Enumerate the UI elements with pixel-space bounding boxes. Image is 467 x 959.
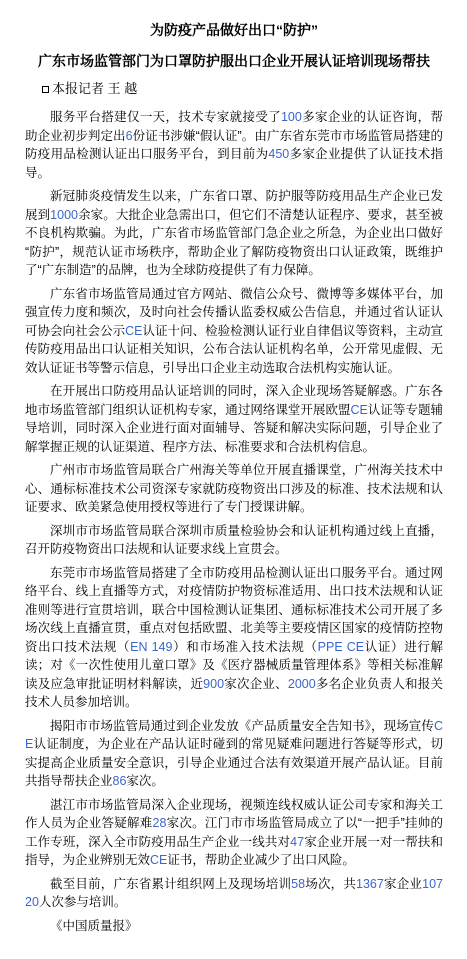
article-paragraph: 揭阳市市场监管局通过到企业发放《产品质量安全告知书》，现场宣传CE认证制度，为企…: [25, 717, 443, 791]
highlighted-term: CE: [125, 324, 142, 338]
highlighted-term: 450: [268, 147, 289, 161]
highlighted-term: CE: [350, 403, 367, 417]
article-paragraph: 在开展出口防疫用品认证培训的同时，深入企业现场答疑解惑。广东各地市场监管部门组织…: [25, 382, 443, 456]
paragraph-text: 服务平台搭建仅一天，技术专家就接受了: [50, 110, 281, 124]
byline: 本报记者 王 越: [42, 81, 443, 97]
paragraph-text: 截至目前，广东省累计组织网上及现场培训: [50, 877, 291, 891]
article-paragraph: 东莞市市场监管局搭建了全市防疫用品检测认证出口服务平台。通过网络平台、线上直播等…: [25, 564, 443, 712]
article-paragraph: 湛江市市场监管局深入企业现场，视频连线权威认证公司专家和海关工作人员为企业答疑解…: [25, 796, 443, 870]
highlighted-term: 6: [126, 129, 133, 143]
paragraph-text: 家企业: [384, 877, 422, 891]
paragraph-text: 广州市市场监管局联合广州海关等单位开展直播课堂，广州海关技术中心、通标标准技术公…: [25, 463, 443, 514]
byline-square-icon: [42, 86, 49, 93]
article-page: 为防疫产品做好出口“防护” 广东市场监管部门为口罩防护服出口企业开展认证培训现场…: [0, 0, 467, 959]
highlighted-term: 58: [291, 877, 305, 891]
article-paragraph: 《中国质量报》: [25, 917, 443, 936]
article-paragraph: 服务平台搭建仅一天，技术专家就接受了100多家企业的认证咨询，帮助企业初步判定出…: [25, 108, 443, 182]
highlighted-term: 47: [290, 835, 304, 849]
highlighted-term: CE: [150, 853, 167, 867]
article-paragraph: 深圳市市场监管局联合深圳市质量检验协会和认证机构通过线上直播，召开防疫物资出口法…: [25, 522, 443, 559]
article-subtitle: 广东市场监管部门为口罩防护服出口企业开展认证培训现场帮扶: [25, 52, 443, 71]
highlighted-term: 1367: [356, 877, 384, 891]
highlighted-term: 1000: [50, 208, 78, 222]
article-paragraph: 新冠肺炎疫情发生以来，广东省口罩、防护服等防疫用品生产企业已发展到1000余家。…: [25, 187, 443, 280]
paragraph-text: 认证制度，为企业在产品认证时碰到的常见疑难问题进行答疑等形式，切实提高企业质量安…: [25, 737, 443, 788]
paragraph-text: 《中国质量报》: [50, 919, 138, 933]
article-title: 为防疫产品做好出口“防护”: [25, 21, 443, 40]
paragraph-text: 家次企业、: [224, 677, 288, 691]
paragraph-text: 家次。: [126, 774, 164, 788]
article-paragraph: 广东省市场监管局通过官方网站、微信公众号、微博等多媒体平台，加强宣传力度和频次，…: [25, 285, 443, 378]
highlighted-term: 2000: [288, 677, 316, 691]
highlighted-term: PPE CE: [318, 640, 365, 654]
highlighted-term: EN 149: [130, 640, 172, 654]
article-paragraph: 广州市市场监管局联合广州海关等单位开展直播课堂，广州海关技术中心、通标标准技术公…: [25, 461, 443, 517]
paragraph-text: 余家。大批企业急需出口，但它们不清楚认证程序、要求，甚至被不良机构欺骗。为此，广…: [25, 208, 443, 278]
paragraph-text: 深圳市市场监管局联合深圳市质量检验协会和认证机构通过线上直播，召开防疫物资出口法…: [25, 524, 443, 557]
highlighted-term: 28: [153, 816, 167, 830]
byline-author: 本报记者 王 越: [52, 81, 137, 97]
paragraph-text: 场次，共: [305, 877, 356, 891]
paragraph-text: 人次参与培训。: [39, 895, 127, 909]
highlighted-term: 100: [281, 110, 302, 124]
paragraph-text: ）和市场准入技术法规（: [172, 640, 317, 654]
highlighted-term: 900: [203, 677, 224, 691]
article-body: 服务平台搭建仅一天，技术专家就接受了100多家企业的认证咨询，帮助企业初步判定出…: [25, 108, 443, 935]
paragraph-text: 揭阳市市场监管局通过到企业发放《产品质量安全告知书》，现场宣传: [50, 719, 434, 733]
paragraph-text: 证书，帮助企业减少了出口风险。: [167, 853, 355, 867]
highlighted-term: 86: [113, 774, 127, 788]
article-paragraph: 截至目前，广东省累计组织网上及现场培训58场次，共1367家企业10720人次参…: [25, 875, 443, 912]
